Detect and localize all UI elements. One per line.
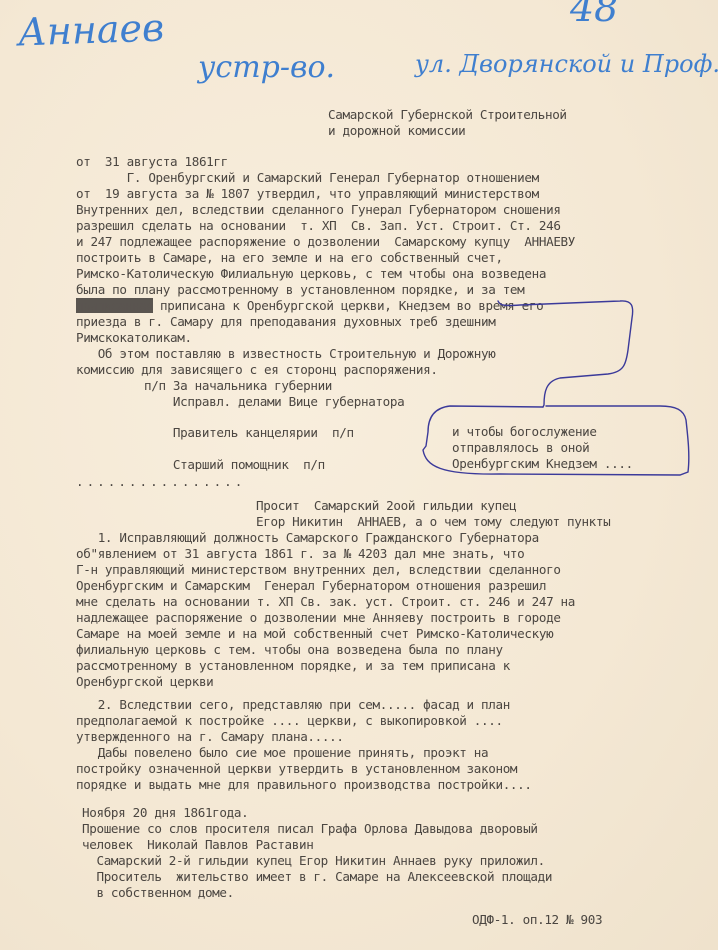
closing-line: Прошение со слов просителя писал Графа О…	[82, 821, 538, 837]
closing-line: человек Николай Павлов Раставин	[82, 837, 313, 853]
signature-line: Старший помощник п/п	[144, 457, 325, 473]
petition-point2-line: утвержденного на г. Самару плана.....	[76, 729, 344, 745]
letter-line: и 247 подлежащее распоряжение о дозволен…	[76, 234, 575, 250]
petition-point1-line: Оренбургской церкви	[76, 674, 213, 690]
petition-point1-line: Оренбургским и Самарским Генерал Губерна…	[76, 578, 546, 594]
letter-line: была по плану рассмотренному в установле…	[76, 282, 524, 298]
petition-point1-line: об"явлением от 31 августа 1861 г. за № 4…	[76, 546, 524, 562]
insertion-note-line: и чтобы богослужение	[452, 424, 597, 440]
petition-point2-line: порядке и выдать мне для правильного про…	[76, 777, 532, 793]
petition-point1-line: надлежащее распоряжение о дозволении мне…	[76, 610, 561, 626]
petition-point2-line: постройку означенной церкви утвердить в …	[76, 761, 517, 777]
letter-line: Римско-Католическую Филиальную церковь, …	[76, 266, 546, 282]
letter-line-after-strike: приписана к Оренбургской церкви, Кнедзем…	[153, 298, 544, 313]
addressee-line-1: Самарской Губернской Строительной	[328, 107, 567, 123]
handwritten-subject: устр-во.	[198, 50, 335, 85]
closing-line: Ноября 20 дня 1861года.	[82, 805, 248, 821]
closing-line: Проситель жительство имеет в г. Самаре н…	[82, 869, 552, 885]
letter-line: комиссию для зависящего с ея сторонц рас…	[76, 362, 438, 378]
petition-point2-line: Дабы повелено было сие мое прошение прин…	[76, 745, 488, 761]
signature-line: Правитель канцелярии п/п	[144, 425, 354, 441]
petition-point1-line: рассмотренному в установленном порядке, …	[76, 658, 510, 674]
addressee-line-2: и дорожной комиссии	[328, 123, 465, 139]
handwritten-location: ул. Дворянской и Проф.	[415, 50, 718, 78]
petition-point1-line: мне сделать на основании т. ХП Св. зак. …	[76, 594, 575, 610]
letter-line: приезда в г. Самару для преподавания дух…	[76, 314, 495, 330]
letter-line: построить в Самаре, на его земле и на ег…	[76, 250, 503, 266]
letter-line: от 19 августа за № 1807 утвердил, что уп…	[76, 186, 539, 202]
document-page: Аннаев 48 устр-во. ул. Дворянской и Проф…	[0, 0, 718, 950]
letter-line-with-strike: приписанная приписана к Оренбургской цер…	[76, 298, 543, 314]
closing-line: Самарский 2-й гильдии купец Егор Никитин…	[82, 853, 545, 869]
letter-line: разрешил сделать на основании т. ХП Св. …	[76, 218, 561, 234]
petition-point2-line: 2. Вследствии сего, представляю при сем.…	[76, 697, 510, 713]
signature-line: п/п За начальника губернии	[144, 378, 332, 394]
letter-line: Внутренних дел, вследствии сделанного Гу…	[76, 202, 561, 218]
closing-line: в собственном доме.	[82, 885, 234, 901]
petition-point1-line: филиальную церковь с тем. чтобы она возв…	[76, 642, 503, 658]
struck-out-word: приписанная	[76, 298, 153, 313]
petition-header-line: Егор Никитин АННАЕВ, а о чем тому следую…	[256, 514, 610, 530]
insertion-note-line: Оренбургским Кнедзем ....	[452, 456, 633, 472]
petition-point1-line: 1. Исправляющий должность Самарского Гра…	[76, 530, 539, 546]
letter-line: Об этом поставляю в известность Строител…	[76, 346, 495, 362]
petition-point1-line: Г-н управляющий министерством внутренних…	[76, 562, 561, 578]
petition-point1-line: Самаре на моей земле и на мой собственны…	[76, 626, 553, 642]
handwritten-name: Аннаев	[17, 5, 165, 54]
petition-point2-line: предполагаемой к постройке .... церкви, …	[76, 713, 503, 729]
petition-header-line: Просит Самарский 2оой гильдии купец	[256, 498, 516, 514]
insertion-note-line: отправлялось в оной	[452, 440, 589, 456]
letter-date: от 31 августа 1861гг	[76, 154, 228, 170]
signature-line: Исправл. делами Вице губернатора	[144, 394, 404, 410]
letter-line: Римскокатоликам.	[76, 330, 192, 346]
dotted-separator: ................	[76, 474, 245, 490]
archive-reference: ОДФ-1. оп.12 № 903	[472, 912, 602, 928]
letter-line: Г. Оренбургский и Самарский Генерал Губе…	[76, 170, 539, 186]
handwritten-sheet-number: 48	[570, 0, 618, 30]
